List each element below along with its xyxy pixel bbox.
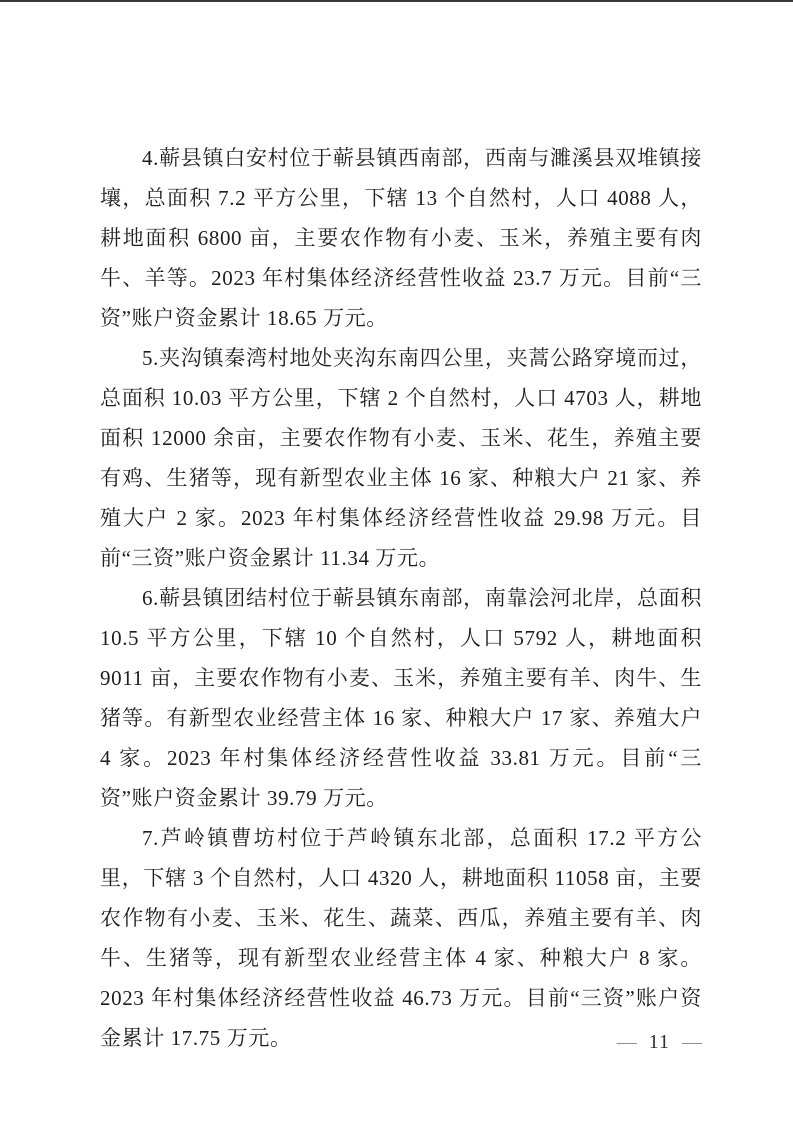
paragraph-village-4: 4.蕲县镇白安村位于蕲县镇西南部，西南与濉溪县双堆镇接壤，总面积 7.2 平方公… (100, 138, 702, 338)
page-footer: —11— (617, 1030, 702, 1054)
document-body: 4.蕲县镇白安村位于蕲县镇西南部，西南与濉溪县双堆镇接壤，总面积 7.2 平方公… (100, 138, 702, 1058)
scan-edge-top-line (0, 0, 793, 2)
document-page: 4.蕲县镇白安村位于蕲县镇西南部，西南与濉溪县双堆镇接壤，总面积 7.2 平方公… (0, 0, 793, 1122)
paragraph-village-7: 7.芦岭镇曹坊村位于芦岭镇东北部，总面积 17.2 平方公里，下辖 3 个自然村… (100, 818, 702, 1058)
paragraph-village-5: 5.夹沟镇秦湾村地处夹沟东南四公里，夹蒿公路穿境而过，总面积 10.03 平方公… (100, 338, 702, 578)
paragraph-village-6: 6.蕲县镇团结村位于蕲县镇东南部，南靠浍河北岸，总面积 10.5 平方公里，下辖… (100, 578, 702, 818)
page-number: 11 (649, 1031, 670, 1053)
page-number-dash-left: — (617, 1031, 637, 1053)
page-number-dash-right: — (682, 1031, 702, 1053)
